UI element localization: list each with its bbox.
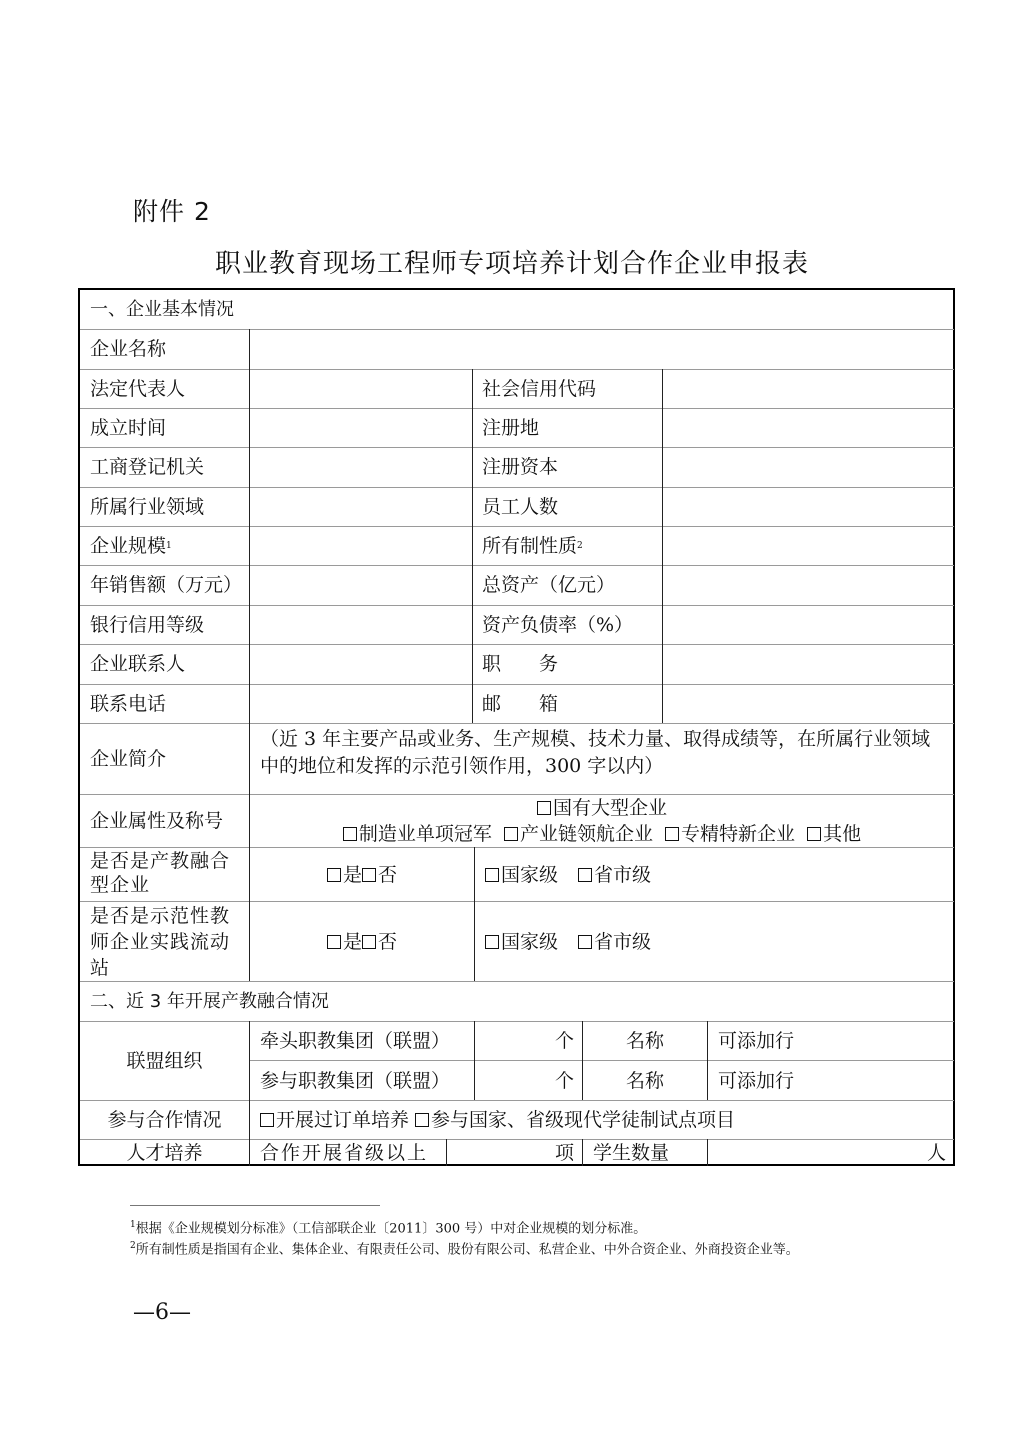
member-group-name-label: 名称 xyxy=(583,1061,707,1100)
cooperation-label: 参与合作情况 xyxy=(80,1100,249,1139)
integration-yes-no: 是 否 xyxy=(250,848,474,901)
phone-label: 联系电话 xyxy=(80,684,249,723)
practice-station-label: 是否是示范性教师企业实践流动站 xyxy=(80,902,242,981)
member-group-count-input[interactable]: 个 xyxy=(475,1061,582,1100)
practice-yes-no: 是 否 xyxy=(250,902,474,981)
section-heading-basic-info: 一、企业基本情况 xyxy=(80,290,954,329)
section-heading-integration: 二、近 3 年开展产教融合情况 xyxy=(80,982,954,1021)
checkbox-icon[interactable] xyxy=(578,868,592,882)
ownership-input[interactable] xyxy=(663,527,954,565)
project-count-input[interactable]: 项 xyxy=(447,1139,582,1166)
footnote-ref-1: 1 xyxy=(166,534,172,558)
checkbox-icon[interactable] xyxy=(485,868,499,882)
option-apprenticeship-pilot[interactable]: 参与国家、省级现代学徒制试点项目 xyxy=(415,1108,735,1132)
checkbox-icon[interactable] xyxy=(807,827,821,841)
lead-group-label: 牵头职教集团（联盟） xyxy=(250,1021,474,1060)
company-scale-label: 企业规模1 xyxy=(80,526,249,565)
attachment-label: 附件 2 xyxy=(133,192,211,228)
registration-authority-input[interactable] xyxy=(250,448,472,487)
annual-sales-input[interactable] xyxy=(250,566,472,605)
option-specialized[interactable]: 专精特新企业 xyxy=(665,823,795,845)
checkbox-icon[interactable] xyxy=(327,935,341,949)
option-national[interactable]: 国家级 xyxy=(485,930,558,954)
registered-place-input[interactable] xyxy=(663,409,954,447)
registered-capital-label: 注册资本 xyxy=(472,447,662,487)
students-label: 学生数量 xyxy=(583,1139,707,1166)
practice-level: 国家级 省市级 xyxy=(475,902,954,981)
option-state-owned[interactable]: 国有大型企业 xyxy=(537,797,667,819)
talent-label: 人才培养 xyxy=(80,1139,249,1166)
checkbox-icon[interactable] xyxy=(537,801,551,815)
credit-code-input[interactable] xyxy=(663,370,954,408)
attributes-row-2: 制造业单项冠军 产业链领航企业 专精特新企业 其他 xyxy=(250,821,954,847)
bank-credit-label: 银行信用等级 xyxy=(80,605,249,644)
footnote-2: 2所有制性质是指国有企业、集体企业、有限责任公司、股份有限公司、私营企业、中外合… xyxy=(130,1237,900,1259)
established-date-label: 成立时间 xyxy=(80,408,249,447)
total-assets-input[interactable] xyxy=(663,566,954,605)
company-intro-textarea[interactable]: （近 3 年主要产品或业务、生产规模、技术力量、取得成绩等，在所属行业领域中的地… xyxy=(250,726,952,792)
checkbox-icon[interactable] xyxy=(485,935,499,949)
ownership-label: 所有制性质2 xyxy=(472,526,662,565)
company-intro-label: 企业简介 xyxy=(80,723,249,794)
checkbox-icon[interactable] xyxy=(327,868,341,882)
attributes-row-1: 国有大型企业 xyxy=(250,795,954,821)
checkbox-icon[interactable] xyxy=(504,827,518,841)
page-number: —6— xyxy=(133,1300,191,1325)
option-yes[interactable]: 是 xyxy=(327,863,362,887)
option-other[interactable]: 其他 xyxy=(807,823,861,845)
checkbox-icon[interactable] xyxy=(343,827,357,841)
legal-representative-input[interactable] xyxy=(250,370,472,408)
position-label: 职 务 xyxy=(472,644,662,684)
total-assets-label: 总资产（亿元） xyxy=(472,565,662,605)
option-single-champion[interactable]: 制造业单项冠军 xyxy=(343,823,492,845)
industry-input[interactable] xyxy=(250,488,472,526)
registration-authority-label: 工商登记机关 xyxy=(80,447,249,487)
email-input[interactable] xyxy=(663,685,954,723)
legal-representative-label: 法定代表人 xyxy=(80,369,249,408)
footnote-separator xyxy=(130,1205,380,1206)
lead-group-name-label: 名称 xyxy=(583,1021,707,1060)
alliance-label: 联盟组织 xyxy=(80,1021,249,1100)
debt-ratio-input[interactable] xyxy=(663,606,954,644)
option-no[interactable]: 否 xyxy=(362,930,397,954)
credit-code-label: 社会信用代码 xyxy=(472,369,662,408)
phone-input[interactable] xyxy=(250,685,472,723)
option-no[interactable]: 否 xyxy=(362,863,397,887)
option-chain-leader[interactable]: 产业链领航企业 xyxy=(504,823,653,845)
integration-enterprise-label: 是否是产教融合型企业 xyxy=(80,848,240,901)
annual-sales-label: 年销售额（万元） xyxy=(80,565,249,605)
checkbox-icon[interactable] xyxy=(362,935,376,949)
established-date-input[interactable] xyxy=(250,409,472,447)
cooperation-options: 开展过订单培养 参与国家、省级现代学徒制试点项目 xyxy=(250,1100,954,1139)
registered-capital-input[interactable] xyxy=(663,448,954,487)
checkbox-icon[interactable] xyxy=(415,1113,429,1127)
checkbox-icon[interactable] xyxy=(665,827,679,841)
footnote-ref-2: 2 xyxy=(577,534,583,558)
registered-place-label: 注册地 xyxy=(472,408,662,447)
lead-group-count-input[interactable]: 个 xyxy=(475,1021,582,1060)
member-group-label: 参与职教集团（联盟） xyxy=(250,1061,474,1100)
form-title: 职业教育现场工程师专项培养计划合作企业申报表 xyxy=(0,243,1024,280)
industry-label: 所属行业领域 xyxy=(80,487,249,526)
member-group-name-input[interactable]: 可添加行 xyxy=(708,1061,954,1100)
position-input[interactable] xyxy=(663,645,954,684)
option-provincial[interactable]: 省市级 xyxy=(578,930,651,954)
email-label: 邮 箱 xyxy=(472,684,662,723)
bank-credit-input[interactable] xyxy=(250,606,472,644)
footnote-1: 1根据《企业规模划分标准》（工信部联企业〔2011〕300 号）中对企业规模的划… xyxy=(130,1216,900,1238)
checkbox-icon[interactable] xyxy=(260,1113,274,1127)
company-name-label: 企业名称 xyxy=(80,329,249,369)
contact-person-input[interactable] xyxy=(250,645,472,684)
option-national[interactable]: 国家级 xyxy=(485,863,558,887)
debt-ratio-label: 资产负债率（%） xyxy=(472,605,662,644)
lead-group-name-input[interactable]: 可添加行 xyxy=(708,1021,954,1060)
company-name-input[interactable] xyxy=(250,330,954,369)
option-order-training[interactable]: 开展过订单培养 xyxy=(260,1108,409,1132)
checkbox-icon[interactable] xyxy=(362,868,376,882)
company-scale-input[interactable] xyxy=(250,527,472,565)
employee-count-label: 员工人数 xyxy=(472,487,662,526)
employee-count-input[interactable] xyxy=(663,488,954,526)
project-label: 合作开展省级以上 xyxy=(250,1139,446,1166)
attributes-options: 国有大型企业 制造业单项冠军 产业链领航企业 专精特新企业 其他 xyxy=(250,795,954,847)
attributes-label: 企业属性及称号 xyxy=(80,794,249,847)
integration-level: 国家级 省市级 xyxy=(475,848,954,901)
contact-person-label: 企业联系人 xyxy=(80,644,249,684)
students-count-input[interactable]: 人 xyxy=(708,1139,954,1166)
option-yes[interactable]: 是 xyxy=(327,930,362,954)
option-provincial[interactable]: 省市级 xyxy=(578,863,651,887)
checkbox-icon[interactable] xyxy=(578,935,592,949)
